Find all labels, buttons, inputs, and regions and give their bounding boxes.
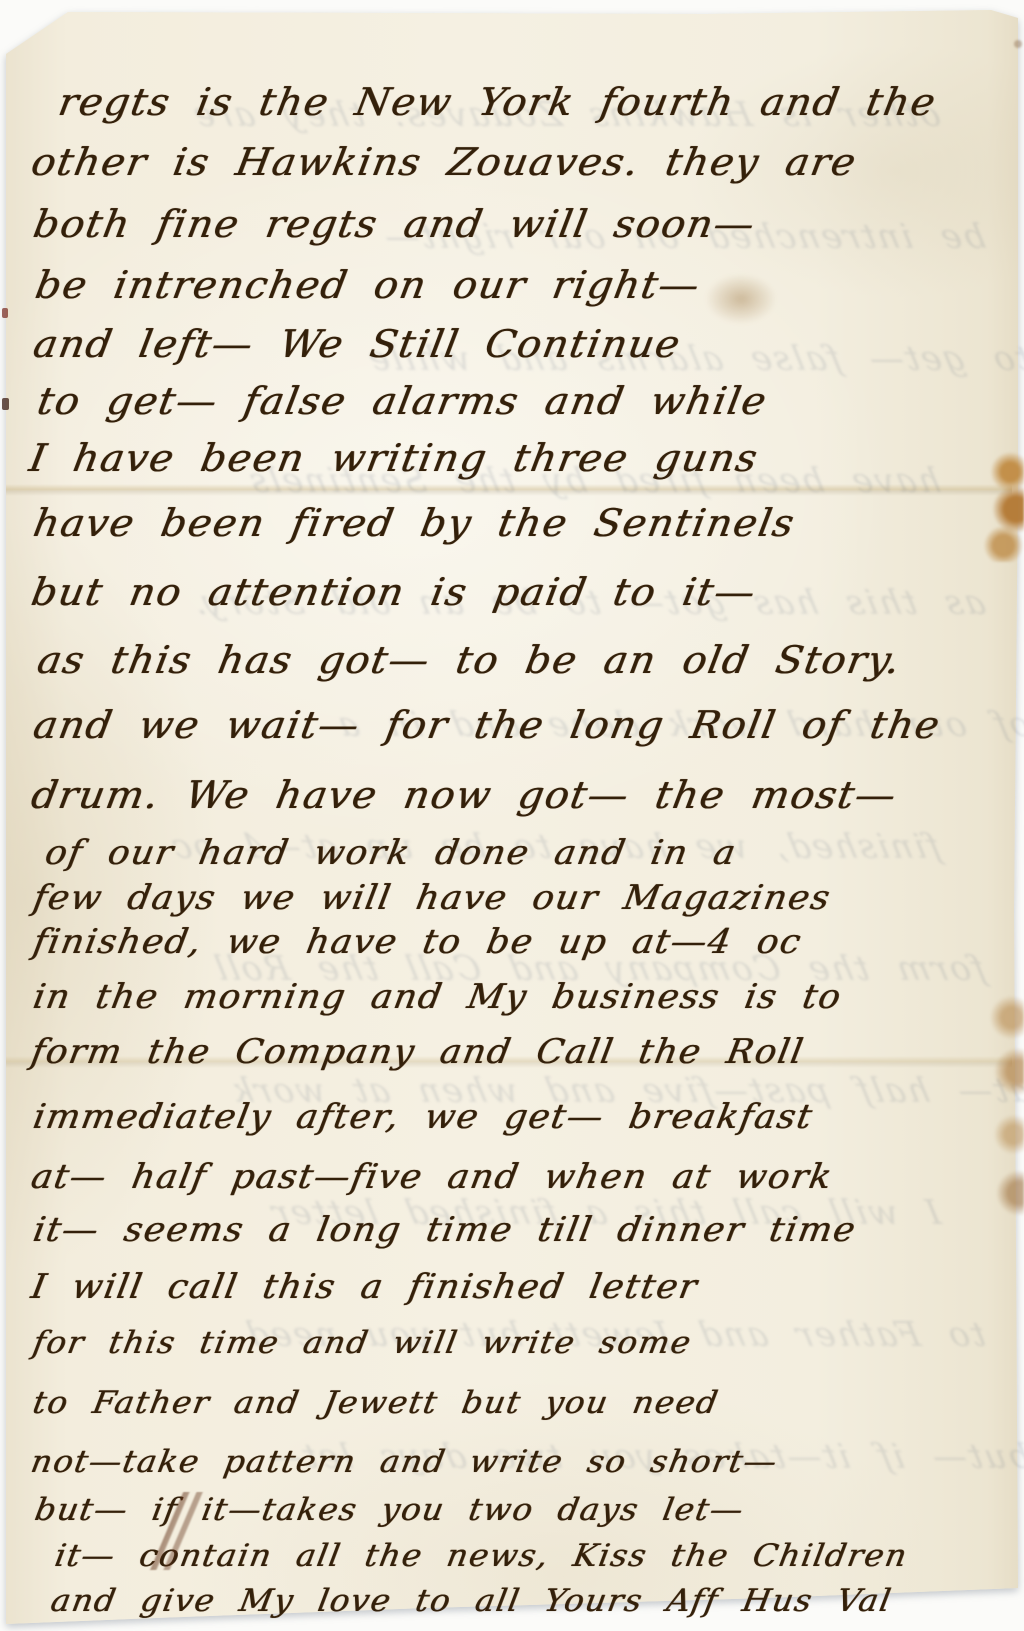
handwritten-line: few days we will have our Magazines xyxy=(30,878,834,918)
handwritten-line: finished, we have to be up at—4 oc xyxy=(30,922,805,962)
handwritten-line: and we wait— for the long Roll of the xyxy=(30,703,944,747)
handwritten-line: to Father and Jewett but you need xyxy=(30,1385,722,1421)
handwritten-line: form the Company and Call the Roll xyxy=(28,1032,807,1072)
handwritten-line: but— if it—takes you two days let— xyxy=(32,1492,747,1528)
handwritten-line: of our hard work done and in a xyxy=(42,833,740,873)
handwritten-line: drum. We have now got— the most— xyxy=(28,773,900,817)
handwritten-line: at— half past—five and when at work xyxy=(28,1157,836,1197)
handwritten-line: as this has got— to be an old Story. xyxy=(34,638,905,682)
handwritten-line: regts is the New York fourth and the xyxy=(55,80,940,124)
handwritten-line: for this time and will write some xyxy=(30,1325,695,1361)
handwritten-line: it— seems a long time till dinner time xyxy=(30,1210,859,1250)
handwritten-line: and left— We Still Continue xyxy=(30,322,684,366)
handwritten-line: I have been writing three guns xyxy=(26,436,762,480)
handwritten-line: immediately after, we get— breakfast xyxy=(30,1097,816,1137)
handwritten-line: not—take pattern and write so short— xyxy=(28,1444,781,1480)
handwritten-line: and give My love to all Yours Aff Hus Va… xyxy=(48,1583,895,1619)
handwritten-line: have been fired by the Sentinels xyxy=(30,501,799,545)
handwritten-line: other is Hawkins Zouaves. they are xyxy=(28,140,860,184)
handwritten-line: it— contain all the news, Kiss the Child… xyxy=(52,1538,911,1574)
handwritten-line: be intrenched on our right— xyxy=(32,263,704,307)
handwritten-line: but no attention is paid to it— xyxy=(28,570,760,614)
handwritten-line: I will call this a finished letter xyxy=(28,1267,701,1307)
handwritten-line: to get— false alarms and while xyxy=(34,379,771,423)
handwritten-line: in the morning and My business is to xyxy=(30,977,845,1017)
letter-scan: other is Hawkins Zouaves. they arebe int… xyxy=(0,0,1024,1631)
handwritten-line: both fine regts and will soon— xyxy=(30,202,759,246)
handwriting-layer: regts is the New York fourth and the oth… xyxy=(0,0,1024,1631)
